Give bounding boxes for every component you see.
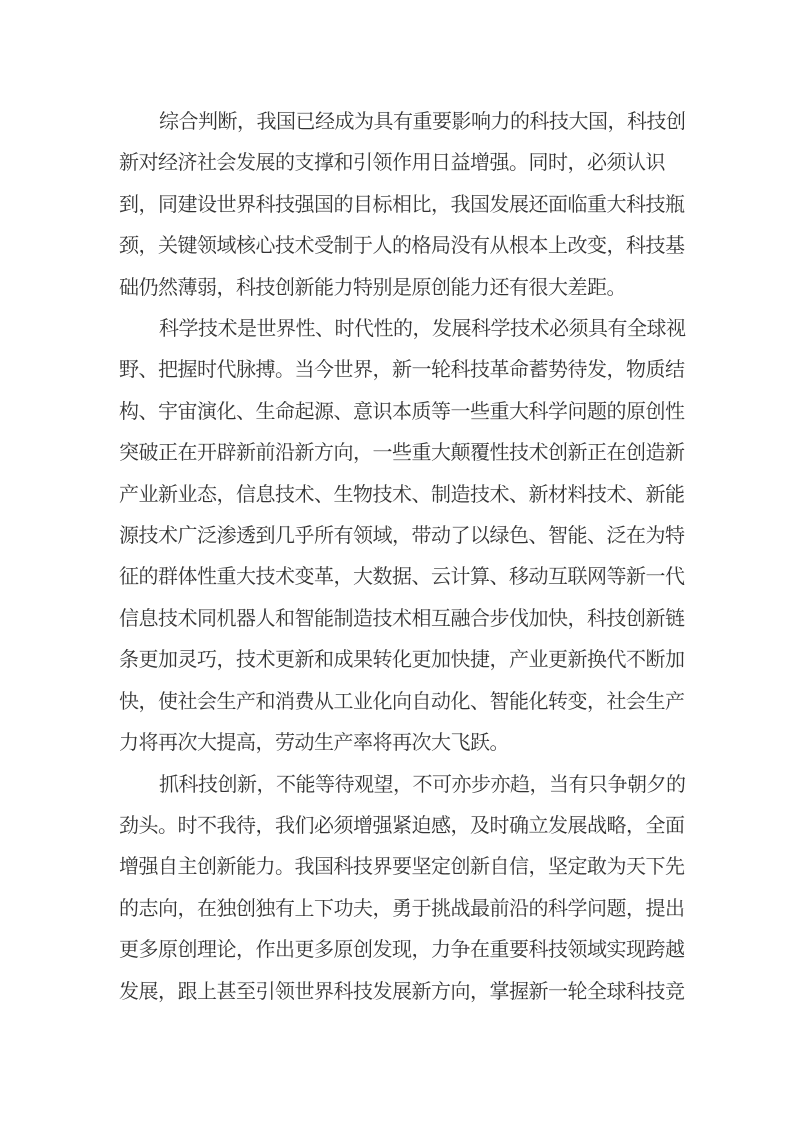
text-line: 野、把握时代脉搏。当今世界，新一轮科技革命蓄势待发，物质结 [119, 350, 685, 391]
text-line: 到，同建设世界科技强国的目标相比，我国发展还面临重大科技瓶 [119, 185, 685, 226]
text-line: 的志向，在独创独有上下功夫，勇于挑战最前沿的科学问题，提出 [119, 889, 685, 930]
text-line: 征的群体性重大技术变革，大数据、云计算、移动互联网等新一代 [119, 557, 685, 598]
paragraph-2: 科学技术是世界性、时代性的，发展科学技术必须具有全球视 野、把握时代脉搏。当今世… [119, 309, 685, 764]
paragraph-3: 抓科技创新，不能等待观望，不可亦步亦趋，当有只争朝夕的 劲头。时不我待，我们必须… [119, 765, 685, 1013]
text-line: 础仍然薄弱，科技创新能力特别是原创能力还有很大差距。 [119, 268, 685, 309]
text-line: 发展，跟上甚至引领世界科技发展新方向，掌握新一轮全球科技竞 [119, 972, 685, 1013]
paragraph-1: 综合判断，我国已经成为具有重要影响力的科技大国，科技创 新对经济社会发展的支撑和… [119, 102, 685, 309]
text-line: 构、宇宙演化、生命起源、意识本质等一些重大科学问题的原创性 [119, 392, 685, 433]
text-line: 颈，关键领域核心技术受制于人的格局没有从根本上改变，科技基 [119, 226, 685, 267]
text-line: 条更加灵巧，技术更新和成果转化更加快捷，产业更新换代不断加 [119, 640, 685, 681]
text-line: 综合判断，我国已经成为具有重要影响力的科技大国，科技创 [119, 102, 685, 143]
text-line: 更多原创理论，作出更多原创发现，力争在重要科技领域实现跨越 [119, 930, 685, 971]
text-line: 力将再次大提高，劳动生产率将再次大飞跃。 [119, 723, 685, 764]
text-line: 源技术广泛渗透到几乎所有领域，带动了以绿色、智能、泛在为特 [119, 516, 685, 557]
text-line: 抓科技创新，不能等待观望，不可亦步亦趋，当有只争朝夕的 [119, 765, 685, 806]
text-line: 科学技术是世界性、时代性的，发展科学技术必须具有全球视 [119, 309, 685, 350]
document-page: 综合判断，我国已经成为具有重要影响力的科技大国，科技创 新对经济社会发展的支撑和… [0, 0, 800, 1130]
text-line: 新对经济社会发展的支撑和引领作用日益增强。同时，必须认识 [119, 143, 685, 184]
text-line: 产业新业态，信息技术、生物技术、制造技术、新材料技术、新能 [119, 475, 685, 516]
document-body: 综合判断，我国已经成为具有重要影响力的科技大国，科技创 新对经济社会发展的支撑和… [119, 102, 685, 1013]
text-line: 突破正在开辟新前沿新方向，一些重大颠覆性技术创新正在创造新 [119, 433, 685, 474]
text-line: 增强自主创新能力。我国科技界要坚定创新自信，坚定敢为天下先 [119, 847, 685, 888]
text-line: 快，使社会生产和消费从工业化向自动化、智能化转变，社会生产 [119, 682, 685, 723]
text-line: 劲头。时不我待，我们必须增强紧迫感，及时确立发展战略，全面 [119, 806, 685, 847]
text-line: 信息技术同机器人和智能制造技术相互融合步伐加快，科技创新链 [119, 599, 685, 640]
